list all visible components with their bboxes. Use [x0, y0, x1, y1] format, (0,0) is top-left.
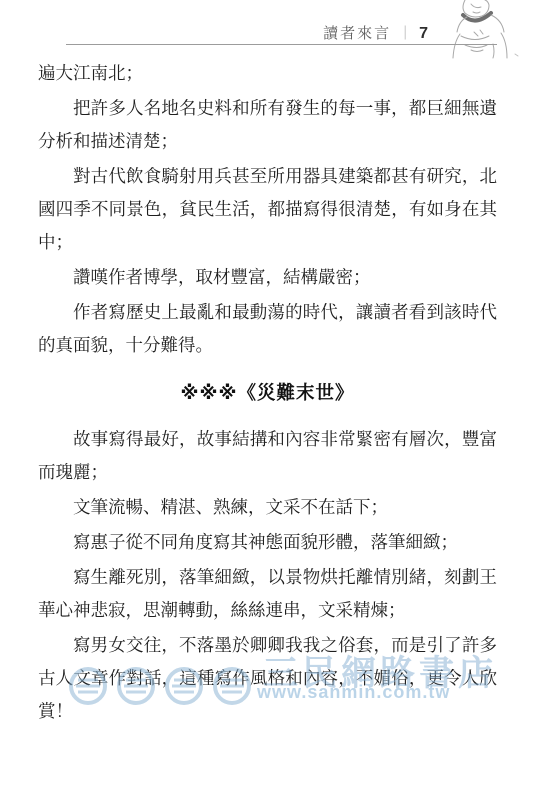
page-body-text: 遍大江南北； 把許多人名地名史料和所有發生的每一事，都巨細無遺分析和描述清楚； … [38, 57, 497, 730]
body-paragraph: 故事寫得最好，故事結搆和內容非常緊密有層次，豐富而瑰麗； [38, 423, 497, 489]
running-head: 讀者來言 ｜ 7 [323, 22, 428, 43]
section-title: 讀者來言 [323, 22, 391, 43]
body-paragraph: 寫惠子從不同角度寫其神態面貌形體，落筆細緻； [38, 526, 497, 559]
body-paragraph: 讚嘆作者博學，取材豐富，結構嚴密； [38, 261, 497, 294]
body-paragraph: 把許多人名地名史料和所有發生的每一事，都巨細無遺分析和描述清楚； [38, 92, 497, 158]
scholar-figure-icon [427, 0, 519, 60]
body-paragraph: 遍大江南北； [38, 57, 497, 90]
body-paragraph: 作者寫歷史上最亂和最動蕩的時代，讓讀者看到該時代的真面貌，十分難得。 [38, 296, 497, 362]
body-paragraph: 文筆流暢、精湛、熟練，文采不在話下； [38, 491, 497, 524]
section-heading: ※※※《災難末世》 [38, 376, 497, 409]
body-paragraph: 寫男女交往，不落墨於卿卿我我之俗套，而是引了許多古人文章作對話，這種寫作風格和內… [38, 629, 497, 728]
body-paragraph: 對古代飲食騎射用兵甚至所用器具建築都甚有研究，北國四季不同景色，貧民生活，都描寫… [38, 160, 497, 259]
body-paragraph: 寫生離死別，落筆細緻，以景物烘托離情別緒，刻劃王華心神悲寂，思潮轉動，絲絲連串，… [38, 561, 497, 627]
book-page: 讀者來言 ｜ 7 遍大江南北； 把許多人名地名史料和所有發生的每一事，都巨細無遺… [0, 0, 533, 800]
header-divider: ｜ [398, 23, 412, 43]
